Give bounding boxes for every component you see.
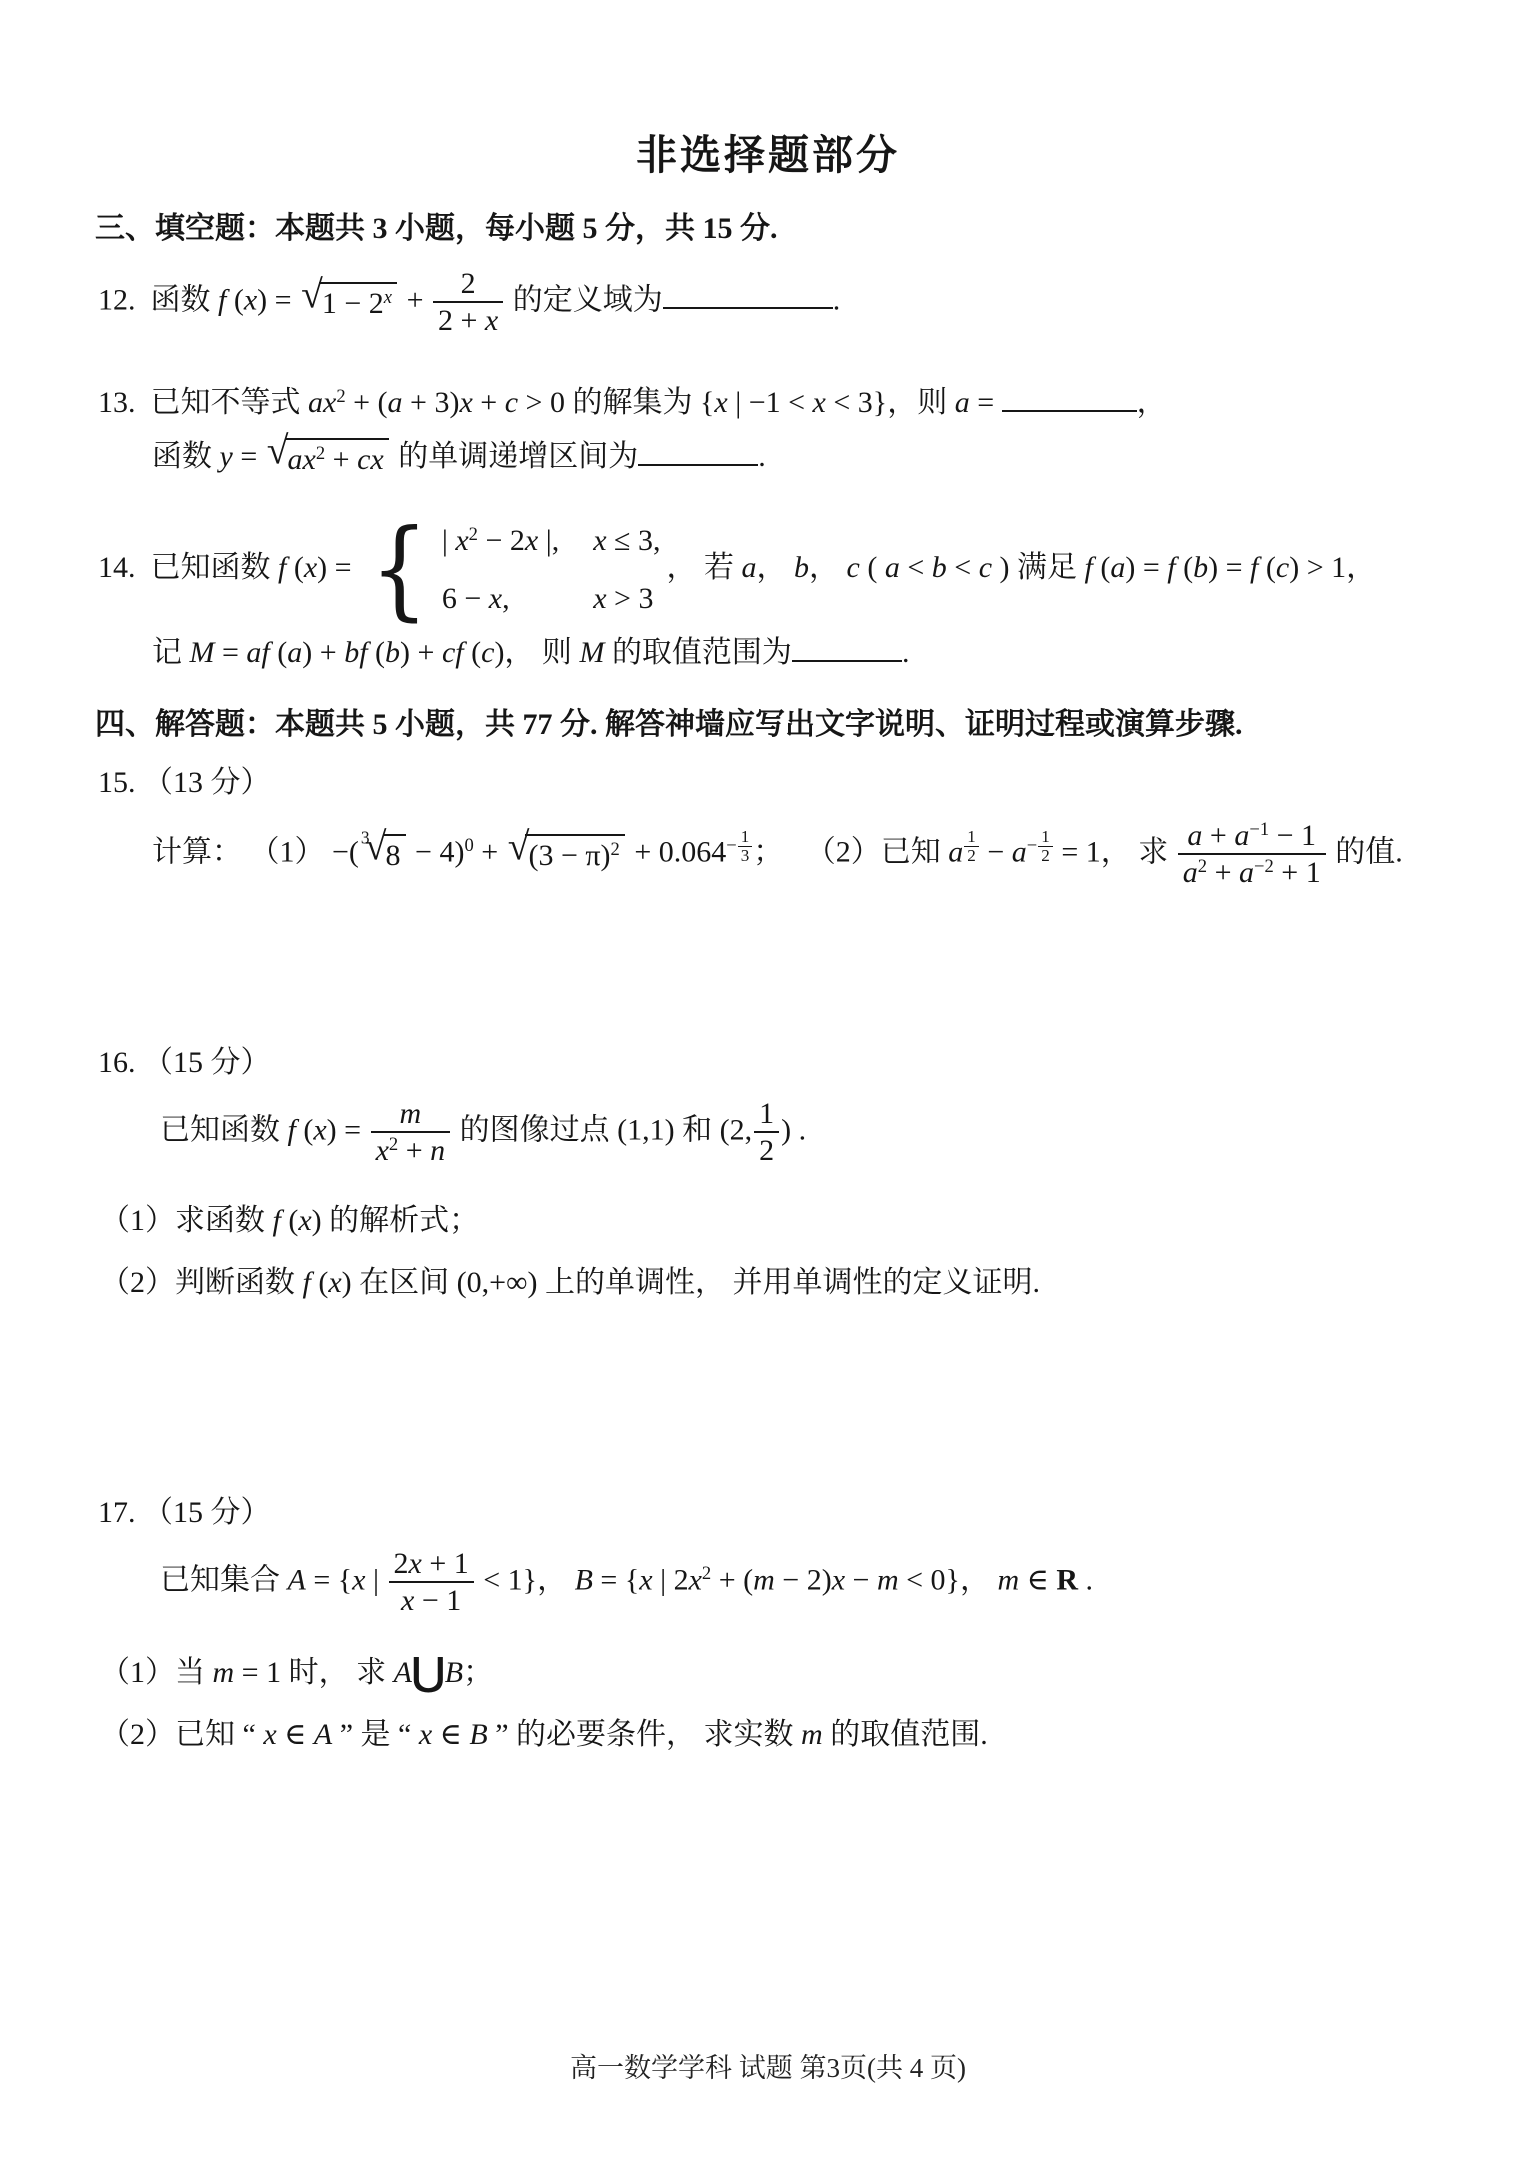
exam-page: 非选择题部分 三、填空题：本题共 3 小题，每小题 5 分，共 15 分. 12… xyxy=(0,0,1536,2176)
question-16-part-1: （1）求函数 f (x) 的解析式； xyxy=(100,1198,479,1244)
question-13-line-1: 13. 已知不等式 ax2 + (a + 3)x + c > 0 的解集为 {x… xyxy=(98,380,1167,426)
question-14-line-1: 14. 已知函数 f (x) = {| x2 − 2x |,x ≤ 3,6 − … xyxy=(98,518,1376,622)
page-footer: 高一数学学科 试题 第3页(共 4 页) xyxy=(0,2046,1536,2085)
question-16-statement: 已知函数 f (x) = mx2 + n 的图像过点 (1,1) 和 (2,12… xyxy=(160,1096,806,1169)
section-4-header: 四、解答题：本题共 5 小题，共 77 分. 解答神墙应写出文字说明、证明过程或… xyxy=(95,702,1243,748)
question-17-part-1: （1）当 m = 1 时， 求 A⋃B； xyxy=(100,1650,493,1696)
question-13-line-2: 函数 y = √ax2 + cx 的单调递增区间为. xyxy=(152,434,766,480)
question-12: 12. 函数 f (x) = √1 − 2x + 22 + x 的定义域为. xyxy=(98,266,840,339)
question-16-number: 16. （15 分） xyxy=(98,1040,271,1086)
page-title: 非选择题部分 xyxy=(0,122,1536,181)
question-15-calc: 计算： （1） −(3√8 − 4)0 + √(3 − π)2 + 0.064−… xyxy=(152,818,1403,891)
question-17-number: 17. （15 分） xyxy=(98,1490,271,1536)
question-16-part-2: （2）判断函数 f (x) 在区间 (0,+∞) 上的单调性， 并用单调性的定义… xyxy=(100,1260,1040,1306)
question-17-part-2: （2）已知 “ x ∈ A ” 是 “ x ∈ B ” 的必要条件， 求实数 m… xyxy=(100,1712,988,1758)
section-3-header: 三、填空题：本题共 3 小题，每小题 5 分，共 15 分. xyxy=(95,206,778,252)
question-17-statement: 已知集合 A = {x | 2x + 1x − 1 < 1}， B = {x |… xyxy=(160,1546,1093,1619)
question-15-number: 15. （13 分） xyxy=(98,760,271,806)
question-14-line-2: 记 M = af (a) + bf (b) + cf (c)， 则 M 的取值范… xyxy=(152,630,909,676)
